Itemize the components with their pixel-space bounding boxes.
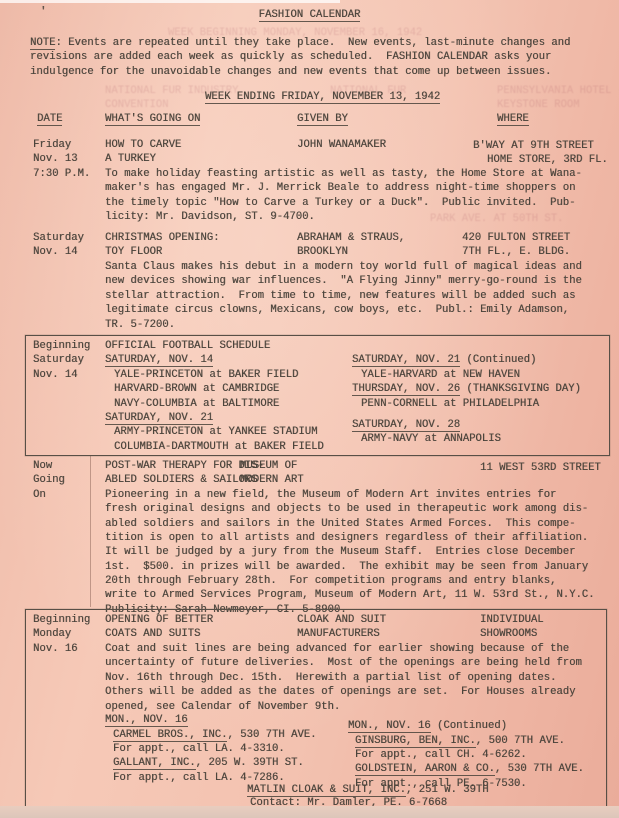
column-header-given-by-text: GIVEN BY	[297, 113, 348, 126]
event-wanamaker-where-1: B'WAY AT 9TH STREET	[473, 139, 594, 153]
event-straus-where: 420 FULTON STREET7TH FL., E. BLDG.	[462, 231, 570, 260]
coats-right-heading: MON., NOV. 16 (Continued)	[348, 719, 507, 733]
page-title-text: FASHION CALENDAR	[259, 9, 361, 22]
football-left-games-2: ARMY-PRINCETON at YANKEE STADIUMCOLUMBIA…	[114, 425, 324, 454]
coats-given-by: CLOAK AND SUITMANUFACTURERS	[297, 613, 386, 642]
football-right-game-3: ARMY-NAVY at ANNAPOLIS	[361, 432, 501, 446]
football-right-heading-1: SATURDAY, NOV. 21 (Continued)	[352, 353, 536, 367]
football-left-heading-2-text: SATURDAY, NOV. 21	[105, 412, 213, 425]
note-line-1: NOTE: Events are repeated until they tak…	[30, 36, 570, 50]
coats-left-entry-1-name: CARMEL BROS., INC.	[113, 729, 227, 742]
coats-right-entry-1-name: GINSBURG, BEN, INC.	[355, 735, 476, 748]
coats-date: BeginningMondayNov. 16	[33, 613, 90, 656]
football-right-heading-1-suffix: (Continued)	[460, 354, 536, 366]
coats-left-entry-2-name: GALLANT, INC.	[113, 757, 196, 770]
scan-edge-top	[0, 0, 340, 3]
note-text: : Events are repeated until they take pl…	[55, 37, 570, 49]
museum-where: 11 WEST 53RD STREET	[480, 461, 601, 475]
event-straus-what: CHRISTMAS OPENING:TOY FLOOR	[105, 231, 219, 260]
column-header-date: DATE	[37, 112, 62, 126]
museum-description: Pioneering in a new field, the Museum of…	[105, 488, 595, 617]
coats-left-heading-text: MON., NOV. 16	[105, 714, 188, 727]
football-left-heading-1: SATURDAY, NOV. 14	[105, 353, 213, 367]
football-right-heading-2-text: THURSDAY, NOV. 26	[352, 383, 460, 396]
column-header-what-text: WHAT'S GOING ON	[105, 113, 200, 126]
football-left-games-1: YALE-PRINCETON at BAKER FIELDHARVARD-BRO…	[114, 368, 298, 411]
document-page: WEEK BEGINNING MONDAY, NOVEMBER 16, 1942…	[0, 0, 619, 818]
coats-left-entry-1-appt: For appt., call LA. 4-3310.	[113, 742, 285, 756]
week-heading-text: WEEK ENDING FRIDAY, NOVEMBER 13, 1942	[205, 91, 440, 104]
coats-right-entry-1-rest: , 500 7TH AVE.	[476, 735, 565, 747]
coats-left-entry-1: CARMEL BROS., INC., 530 7TH AVE.	[113, 728, 316, 742]
football-title: OFFICIAL FOOTBALL SCHEDULE	[105, 339, 270, 353]
coats-description: Coat and suit lines are being advanced f…	[105, 642, 582, 714]
note-label: NOTE	[30, 37, 55, 50]
event-wanamaker-date: FridayNov. 137:30 P.M.	[33, 138, 90, 181]
football-left-heading-2: SATURDAY, NOV. 21	[105, 411, 213, 425]
museum-given-by: MUSEUM OFMODERN ART	[240, 459, 304, 488]
bleed-through-text: KEYSTONE ROOM	[497, 98, 580, 112]
football-right-heading-2-suffix: (THANKSGIVING DAY)	[460, 383, 581, 395]
coats-left-heading: MON., NOV. 16	[105, 713, 188, 727]
bleed-through-text: CONVENTION	[105, 98, 169, 112]
column-header-given-by: GIVEN BY	[297, 112, 348, 126]
scan-crease-line	[90, 456, 91, 607]
event-wanamaker-given-by: JOHN WANAMAKER	[297, 138, 386, 152]
note-line-3: indulgence for the unavoidable changes a…	[30, 65, 551, 79]
coats-what: OPENING OF BETTERCOATS AND SUITS	[105, 613, 213, 642]
coats-right-entry-1-appt: For appt., call CH. 4-6262.	[355, 748, 527, 762]
coats-right-entry-2: GOLDSTEIN, AARON & CO., 530 7TH AVE.	[355, 762, 584, 776]
coats-left-entry-2-rest: , 205 W. 39TH ST.	[196, 757, 304, 769]
note-line-2: revisions are added each week as quickly…	[30, 50, 551, 64]
museum-date: NowGoingOn	[33, 459, 65, 502]
football-date: BeginningSaturdayNov. 14	[33, 339, 90, 382]
event-straus-date: SaturdayNov. 14	[33, 231, 84, 260]
coats-right-entry-2-name: GOLDSTEIN, AARON & CO.	[355, 763, 495, 776]
coats-where: INDIVIDUALSHOWROOMS	[480, 613, 544, 642]
football-right-heading-2: THURSDAY, NOV. 26 (THANKSGIVING DAY)	[352, 382, 581, 396]
football-right-heading-1-text: SATURDAY, NOV. 21	[352, 354, 460, 367]
event-straus-description: Santa Claus makes his debut in a modern …	[105, 260, 582, 332]
football-right-heading-3-text: SATURDAY, NOV. 28	[352, 419, 460, 432]
football-left-heading-1-text: SATURDAY, NOV. 14	[105, 354, 213, 367]
column-header-where-text: WHERE	[497, 113, 529, 126]
football-right-game-2: PENN-CORNELL at PHILADELPHIA	[361, 397, 539, 411]
football-right-heading-3: SATURDAY, NOV. 28	[352, 418, 460, 432]
week-heading: WEEK ENDING FRIDAY, NOVEMBER 13, 1942	[205, 90, 440, 104]
coats-left-entry-1-rest: , 530 7TH AVE.	[227, 729, 316, 741]
coats-right-entry-2-rest: , 530 7TH AVE.	[495, 763, 584, 775]
event-straus-given-by: ABRAHAM & STRAUS,BROOKLYN	[297, 231, 405, 260]
coats-right-heading-suffix: (Continued)	[431, 720, 507, 732]
event-wanamaker-description: To make holiday feasting artistic as wel…	[105, 167, 582, 225]
page-title: FASHION CALENDAR	[0, 8, 619, 22]
event-wanamaker-where-2: HOME STORE, 3RD FL.	[487, 153, 608, 167]
event-wanamaker-what: HOW TO CARVEA TURKEY	[105, 138, 181, 167]
coats-left-entry-2: GALLANT, INC., 205 W. 39TH ST.	[113, 756, 304, 770]
bleed-through-text: PENNSYLVANIA HOTEL -	[497, 84, 619, 98]
scan-edge-bottom	[0, 806, 619, 818]
coats-right-heading-text: MON., NOV. 16	[348, 720, 431, 733]
column-header-what: WHAT'S GOING ON	[105, 112, 200, 126]
column-header-where: WHERE	[497, 112, 529, 126]
coats-matlin-rest: , 251 W. 39TH	[406, 784, 489, 796]
football-right-game-1: YALE-HARVARD at NEW HAVEN	[361, 368, 520, 382]
coats-right-entry-1: GINSBURG, BEN, INC., 500 7TH AVE.	[355, 734, 565, 748]
column-header-date-text: DATE	[37, 113, 62, 126]
